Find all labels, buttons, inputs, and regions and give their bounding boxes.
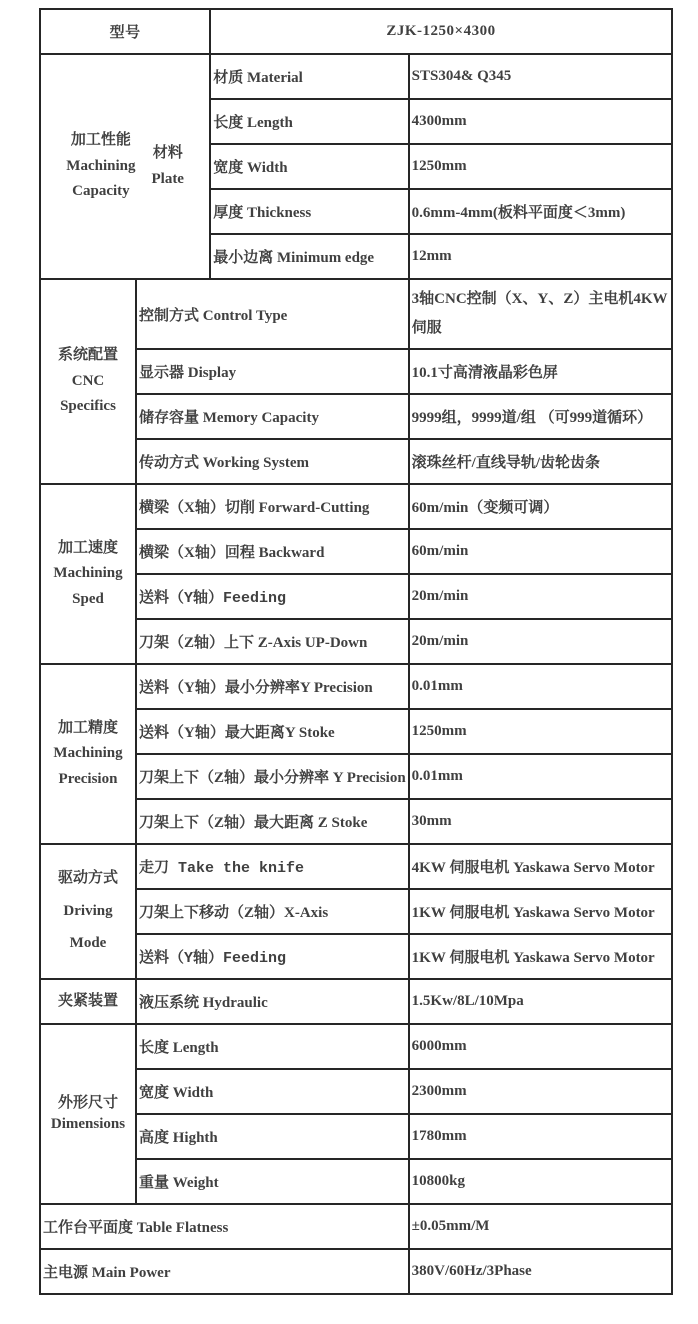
footer-label-cell: 工作台平面度 Table Flatness xyxy=(40,1204,409,1249)
spec-value-cell: 0.01mm xyxy=(409,664,672,709)
spec-value-cell: 60m/min（变频可调） xyxy=(409,484,672,529)
spec-value-cell: 0.01mm xyxy=(409,754,672,799)
spec-label-cell: 高度 Highth xyxy=(136,1114,409,1159)
spec-label-cell: 横梁（X轴）切削 Forward-Cutting xyxy=(136,484,409,529)
spec-sheet-page: 型号ZJK-1250×4300加工性能MachiningCapacity材料Pl… xyxy=(0,0,698,1324)
spec-value-cell: 3轴CNC控制（X、Y、Z）主电机4KW 伺服 xyxy=(409,279,672,349)
spec-label-cell: 刀架（Z轴）上下 Z-Axis UP-Down xyxy=(136,619,409,664)
spec-value-cell: 10.1寸高清液晶彩色屏 xyxy=(409,349,672,394)
category-line: 系统配置 xyxy=(43,346,133,366)
spec-label-cell: 送料（Y轴）最大距离Y Stoke xyxy=(136,709,409,754)
spec-label-cell: 刀架上下移动（Z轴）X-Axis xyxy=(136,889,409,934)
category-line: Machining xyxy=(43,564,133,584)
spec-label-cell: 液压系统 Hydraulic xyxy=(136,979,409,1024)
spec-value-cell: STS304& Q345 xyxy=(409,54,672,99)
spec-value-cell: 1780mm xyxy=(409,1114,672,1159)
spec-label-cell: 送料（Y轴）Feeding xyxy=(136,574,409,619)
spec-row: 系统配置CNCSpecifics控制方式 Control Type3轴CNC控制… xyxy=(40,279,672,349)
spec-label-cell: 最小边离 Minimum edge xyxy=(210,234,408,279)
model-row: 型号ZJK-1250×4300 xyxy=(40,9,672,54)
category-group: 加工性能MachiningCapacity材料Plate xyxy=(43,125,207,208)
spec-label-cell: 材质 Material xyxy=(210,54,408,99)
spec-value-cell: 1250mm xyxy=(409,144,672,189)
category-line: CNC xyxy=(43,372,133,392)
spec-row: 工作台平面度 Table Flatness±0.05mm/M xyxy=(40,1204,672,1249)
category-block: 加工性能MachiningCapacity xyxy=(66,125,135,208)
spec-label-cell: 宽度 Width xyxy=(210,144,408,189)
spec-value-cell: 滚珠丝杆/直线导轨/齿轮齿条 xyxy=(409,439,672,484)
spec-label-cell: 重量 Weight xyxy=(136,1159,409,1204)
spec-label-cell: 传动方式 Working System xyxy=(136,439,409,484)
spec-value-cell: 4300mm xyxy=(409,99,672,144)
spec-row: 主电源 Main Power380V/60Hz/3Phase xyxy=(40,1249,672,1294)
spec-label-cell: 储存容量 Memory Capacity xyxy=(136,394,409,439)
category-line: Plate xyxy=(151,170,183,190)
spec-row: 夹紧装置液压系统 Hydraulic1.5Kw/8L/10Mpa xyxy=(40,979,672,1024)
footer-value-cell: ±0.05mm/M xyxy=(409,1204,672,1249)
spec-label-cell: 显示器 Display xyxy=(136,349,409,394)
spec-label-cell: 长度 Length xyxy=(136,1024,409,1069)
spec-label-cell: 走刀 Take the knife xyxy=(136,844,409,889)
spec-label-cell: 送料（Y轴）最小分辨率Y Precision xyxy=(136,664,409,709)
spec-value-cell: 1250mm xyxy=(409,709,672,754)
spec-value-cell: 1KW 伺服电机 Yaskawa Servo Motor xyxy=(409,934,672,979)
category-line: 加工性能 xyxy=(66,131,135,151)
category-line: Precision xyxy=(43,770,133,790)
model-value-cell: ZJK-1250×4300 xyxy=(210,9,671,54)
spec-value-cell: 6000mm xyxy=(409,1024,672,1069)
spec-value-cell: 20m/min xyxy=(409,574,672,619)
spec-row: 加工性能MachiningCapacity材料Plate材质 MaterialS… xyxy=(40,54,672,99)
category-cell: 夹紧装置 xyxy=(40,979,136,1024)
category-line: Driving xyxy=(43,902,133,922)
spec-label-cell: 厚度 Thickness xyxy=(210,189,408,234)
spec-value-cell: 9999组，9999道/组 （可999道循环） xyxy=(409,394,672,439)
category-line: Capacity xyxy=(66,182,135,202)
category-line: 加工速度 xyxy=(43,539,133,559)
spec-row: 加工精度MachiningPrecision送料（Y轴）最小分辨率Y Preci… xyxy=(40,664,672,709)
category-line: Specifics xyxy=(43,397,133,417)
footer-value-cell: 380V/60Hz/3Phase xyxy=(409,1249,672,1294)
spec-row: 驱动方式DrivingMode走刀 Take the knife4KW 伺服电机… xyxy=(40,844,672,889)
spec-value-cell: 30mm xyxy=(409,799,672,844)
spec-label-cell: 控制方式 Control Type xyxy=(136,279,409,349)
spec-row: 外形尺寸Dimensions长度 Length6000mm xyxy=(40,1024,672,1069)
spec-row: 加工速度MachiningSped横梁（X轴）切削 Forward-Cuttin… xyxy=(40,484,672,529)
category-line: 加工精度 xyxy=(43,719,133,739)
category-line: 驱动方式 xyxy=(43,869,133,889)
spec-value-cell: 1KW 伺服电机 Yaskawa Servo Motor xyxy=(409,889,672,934)
category-cell: 加工性能MachiningCapacity材料Plate xyxy=(40,54,210,279)
spec-label-cell: 长度 Length xyxy=(210,99,408,144)
spec-value-cell: 60m/min xyxy=(409,529,672,574)
category-line: Dimensions xyxy=(43,1115,133,1135)
category-line: Mode xyxy=(43,934,133,954)
spec-label-cell: 刀架上下（Z轴）最大距离 Z Stoke xyxy=(136,799,409,844)
category-cell: 系统配置CNCSpecifics xyxy=(40,279,136,484)
category-line: 夹紧装置 xyxy=(43,992,133,1012)
spec-value-cell: 20m/min xyxy=(409,619,672,664)
category-line: Sped xyxy=(43,590,133,610)
spec-label-cell: 送料（Y轴）Feeding xyxy=(136,934,409,979)
category-line: Machining xyxy=(66,157,135,177)
spec-value-cell: 4KW 伺服电机 Yaskawa Servo Motor xyxy=(409,844,672,889)
category-cell: 加工速度MachiningSped xyxy=(40,484,136,664)
spec-value-cell: 12mm xyxy=(409,234,672,279)
spec-value-cell: 0.6mm-4mm(板料平面度＜3mm) xyxy=(409,189,672,234)
spec-table: 型号ZJK-1250×4300加工性能MachiningCapacity材料Pl… xyxy=(39,8,673,1295)
spec-label-cell: 横梁（X轴）回程 Backward xyxy=(136,529,409,574)
category-line: Machining xyxy=(43,744,133,764)
category-line: 材料 xyxy=(151,144,183,164)
spec-label-cell: 刀架上下（Z轴）最小分辨率 Y Precision xyxy=(136,754,409,799)
spec-value-cell: 10800kg xyxy=(409,1159,672,1204)
category-cell: 外形尺寸Dimensions xyxy=(40,1024,136,1204)
model-label-cell: 型号 xyxy=(40,9,210,54)
category-line: 外形尺寸 xyxy=(43,1094,133,1114)
spec-value-cell: 1.5Kw/8L/10Mpa xyxy=(409,979,672,1024)
spec-label-cell: 宽度 Width xyxy=(136,1069,409,1114)
sub-category-block: 材料Plate xyxy=(151,138,183,195)
spec-table-container: 型号ZJK-1250×4300加工性能MachiningCapacity材料Pl… xyxy=(39,8,673,1295)
category-cell: 加工精度MachiningPrecision xyxy=(40,664,136,844)
category-cell: 驱动方式DrivingMode xyxy=(40,844,136,979)
footer-label-cell: 主电源 Main Power xyxy=(40,1249,409,1294)
spec-value-cell: 2300mm xyxy=(409,1069,672,1114)
